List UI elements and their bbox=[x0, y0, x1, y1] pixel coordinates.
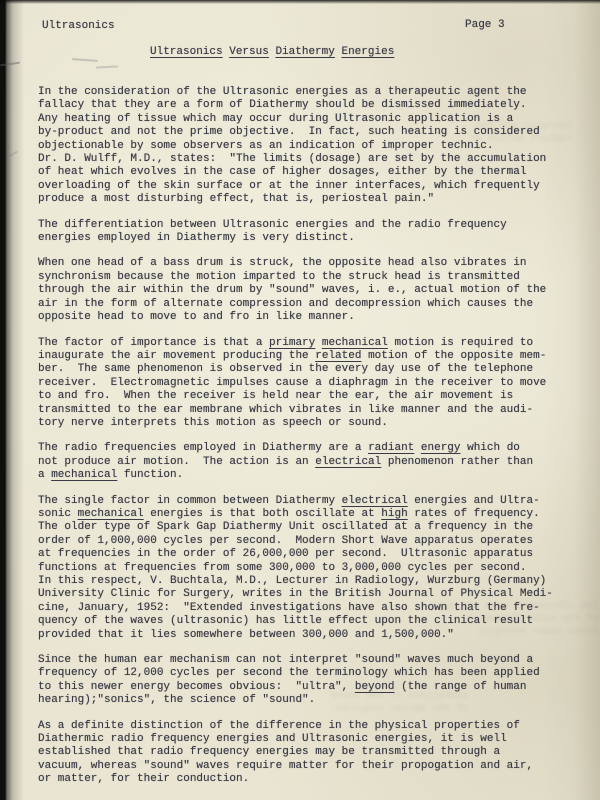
paragraph: The radio frequencies employed in Diathe… bbox=[38, 442, 590, 482]
scanned-document-page: energies and the radiant motion of the u… bbox=[0, 0, 600, 800]
text-line: to and fro. When the receiver is held ne… bbox=[38, 390, 590, 403]
text-line: of heat which evolves in the case of hig… bbox=[38, 166, 590, 179]
text-line: University Clinic for Surgery, writes in… bbox=[38, 588, 590, 601]
text-line: fallacy that they are a form of Diatherm… bbox=[38, 99, 590, 112]
text-line: inaugurate the air movement producing th… bbox=[38, 350, 590, 363]
paragraph: Since the human ear mechanism can not in… bbox=[38, 654, 590, 708]
pencil-mark bbox=[8, 151, 18, 158]
paragraph: When one head of a bass drum is struck, … bbox=[38, 257, 590, 324]
text-line: cine, January, 1952: "Extended investiga… bbox=[38, 602, 590, 615]
text-line: at frequencies in the order of 26,000,00… bbox=[38, 548, 590, 561]
text-line: transmitted to the ear membrane which vi… bbox=[38, 404, 590, 417]
text-line: receiver. Electromagnetic impulses cause… bbox=[38, 377, 590, 390]
text-line: Diathermic radio frequency energies and … bbox=[38, 733, 590, 746]
text-line: The radio frequencies employed in Diathe… bbox=[38, 442, 590, 455]
title-word: Energies bbox=[341, 46, 394, 58]
text-line: In the consideration of the Ultrasonic e… bbox=[38, 86, 590, 99]
text-line: In this respect, V. Buchtala, M.D., Lect… bbox=[38, 575, 590, 588]
text-line: functions at frequencies from some 300,0… bbox=[38, 562, 590, 575]
text-line: through the air within the drum by "soun… bbox=[38, 284, 590, 297]
text-line: sonic mechanical energies is that both o… bbox=[38, 508, 590, 521]
title-word: Versus bbox=[229, 46, 269, 58]
paragraph: As a definite distinction of the differe… bbox=[38, 720, 590, 787]
text-line: The factor of importance is that a prima… bbox=[38, 337, 590, 350]
text-line: quency of the waves (ultrasonic) has lit… bbox=[38, 615, 590, 628]
text-line: to this newer energy becomes obvious: "u… bbox=[38, 681, 590, 694]
document-body: In the consideration of the Ultrasonic e… bbox=[38, 86, 590, 799]
page-title: Ultrasonics Versus Diathermy Energies bbox=[150, 46, 394, 59]
text-line: energies employed in Diathermy is very d… bbox=[38, 232, 590, 245]
text-line: Since the human ear mechanism can not in… bbox=[38, 654, 590, 667]
paragraph: In the consideration of the Ultrasonic e… bbox=[38, 86, 590, 207]
text-line: order of 1,000,000 cycles per second. Mo… bbox=[38, 535, 590, 548]
text-line: As a definite distinction of the differe… bbox=[38, 720, 590, 733]
pencil-mark bbox=[96, 65, 118, 68]
text-line: a mechanical function. bbox=[38, 469, 590, 482]
text-line: ber. The same phenomenon is observed in … bbox=[38, 363, 590, 376]
text-line: Any heating of tissue which may occur du… bbox=[38, 113, 590, 126]
text-line: Dr. D. Wulff, M.D., states: "The limits … bbox=[38, 153, 590, 166]
page-number: Page 3 bbox=[465, 19, 505, 32]
pencil-mark bbox=[0, 62, 20, 67]
pencil-mark bbox=[72, 58, 98, 61]
title-word: Diathermy bbox=[275, 46, 334, 58]
text-line: opposite head to move to and fro in like… bbox=[38, 311, 590, 324]
running-header: Ultrasonics bbox=[42, 20, 115, 33]
text-line: When one head of a bass drum is struck, … bbox=[38, 257, 590, 270]
text-line: objectionable by some observers as an in… bbox=[38, 140, 590, 153]
text-line: frequency of 12,000 cycles per second th… bbox=[38, 667, 590, 680]
text-line: hearing);"sonics", the science of "sound… bbox=[38, 694, 590, 707]
text-line: provided that it lies somewhere between … bbox=[38, 629, 590, 642]
text-line: The older type of Spark Gap Diathermy Un… bbox=[38, 521, 590, 534]
text-line: overloading of the skin surface or at th… bbox=[38, 180, 590, 193]
text-line: The differentiation between Ultrasonic e… bbox=[38, 219, 590, 232]
text-line: by-product and not the prime objective. … bbox=[38, 126, 590, 139]
text-line: produce a most disturbing effect, that i… bbox=[38, 193, 590, 206]
text-line: established that radio frequency energie… bbox=[38, 746, 590, 759]
title-word: Ultrasonics bbox=[150, 46, 223, 58]
paragraph: The single factor in common between Diat… bbox=[38, 495, 590, 642]
text-line: tory nerve interprets this motion as spe… bbox=[38, 417, 590, 430]
text-line: vacuum, whereas "sound" waves require ma… bbox=[38, 760, 590, 773]
text-line: synchronism because the motion imparted … bbox=[38, 271, 590, 284]
text-line: air in the form of alternate compression… bbox=[38, 298, 590, 311]
paragraph: The factor of importance is that a prima… bbox=[38, 337, 590, 431]
text-line: The single factor in common between Diat… bbox=[38, 495, 590, 508]
paragraph: The differentiation between Ultrasonic e… bbox=[38, 219, 590, 246]
text-line: not produce air motion. The action is an… bbox=[38, 456, 590, 469]
text-line: or matter, for their conduction. bbox=[38, 773, 590, 786]
